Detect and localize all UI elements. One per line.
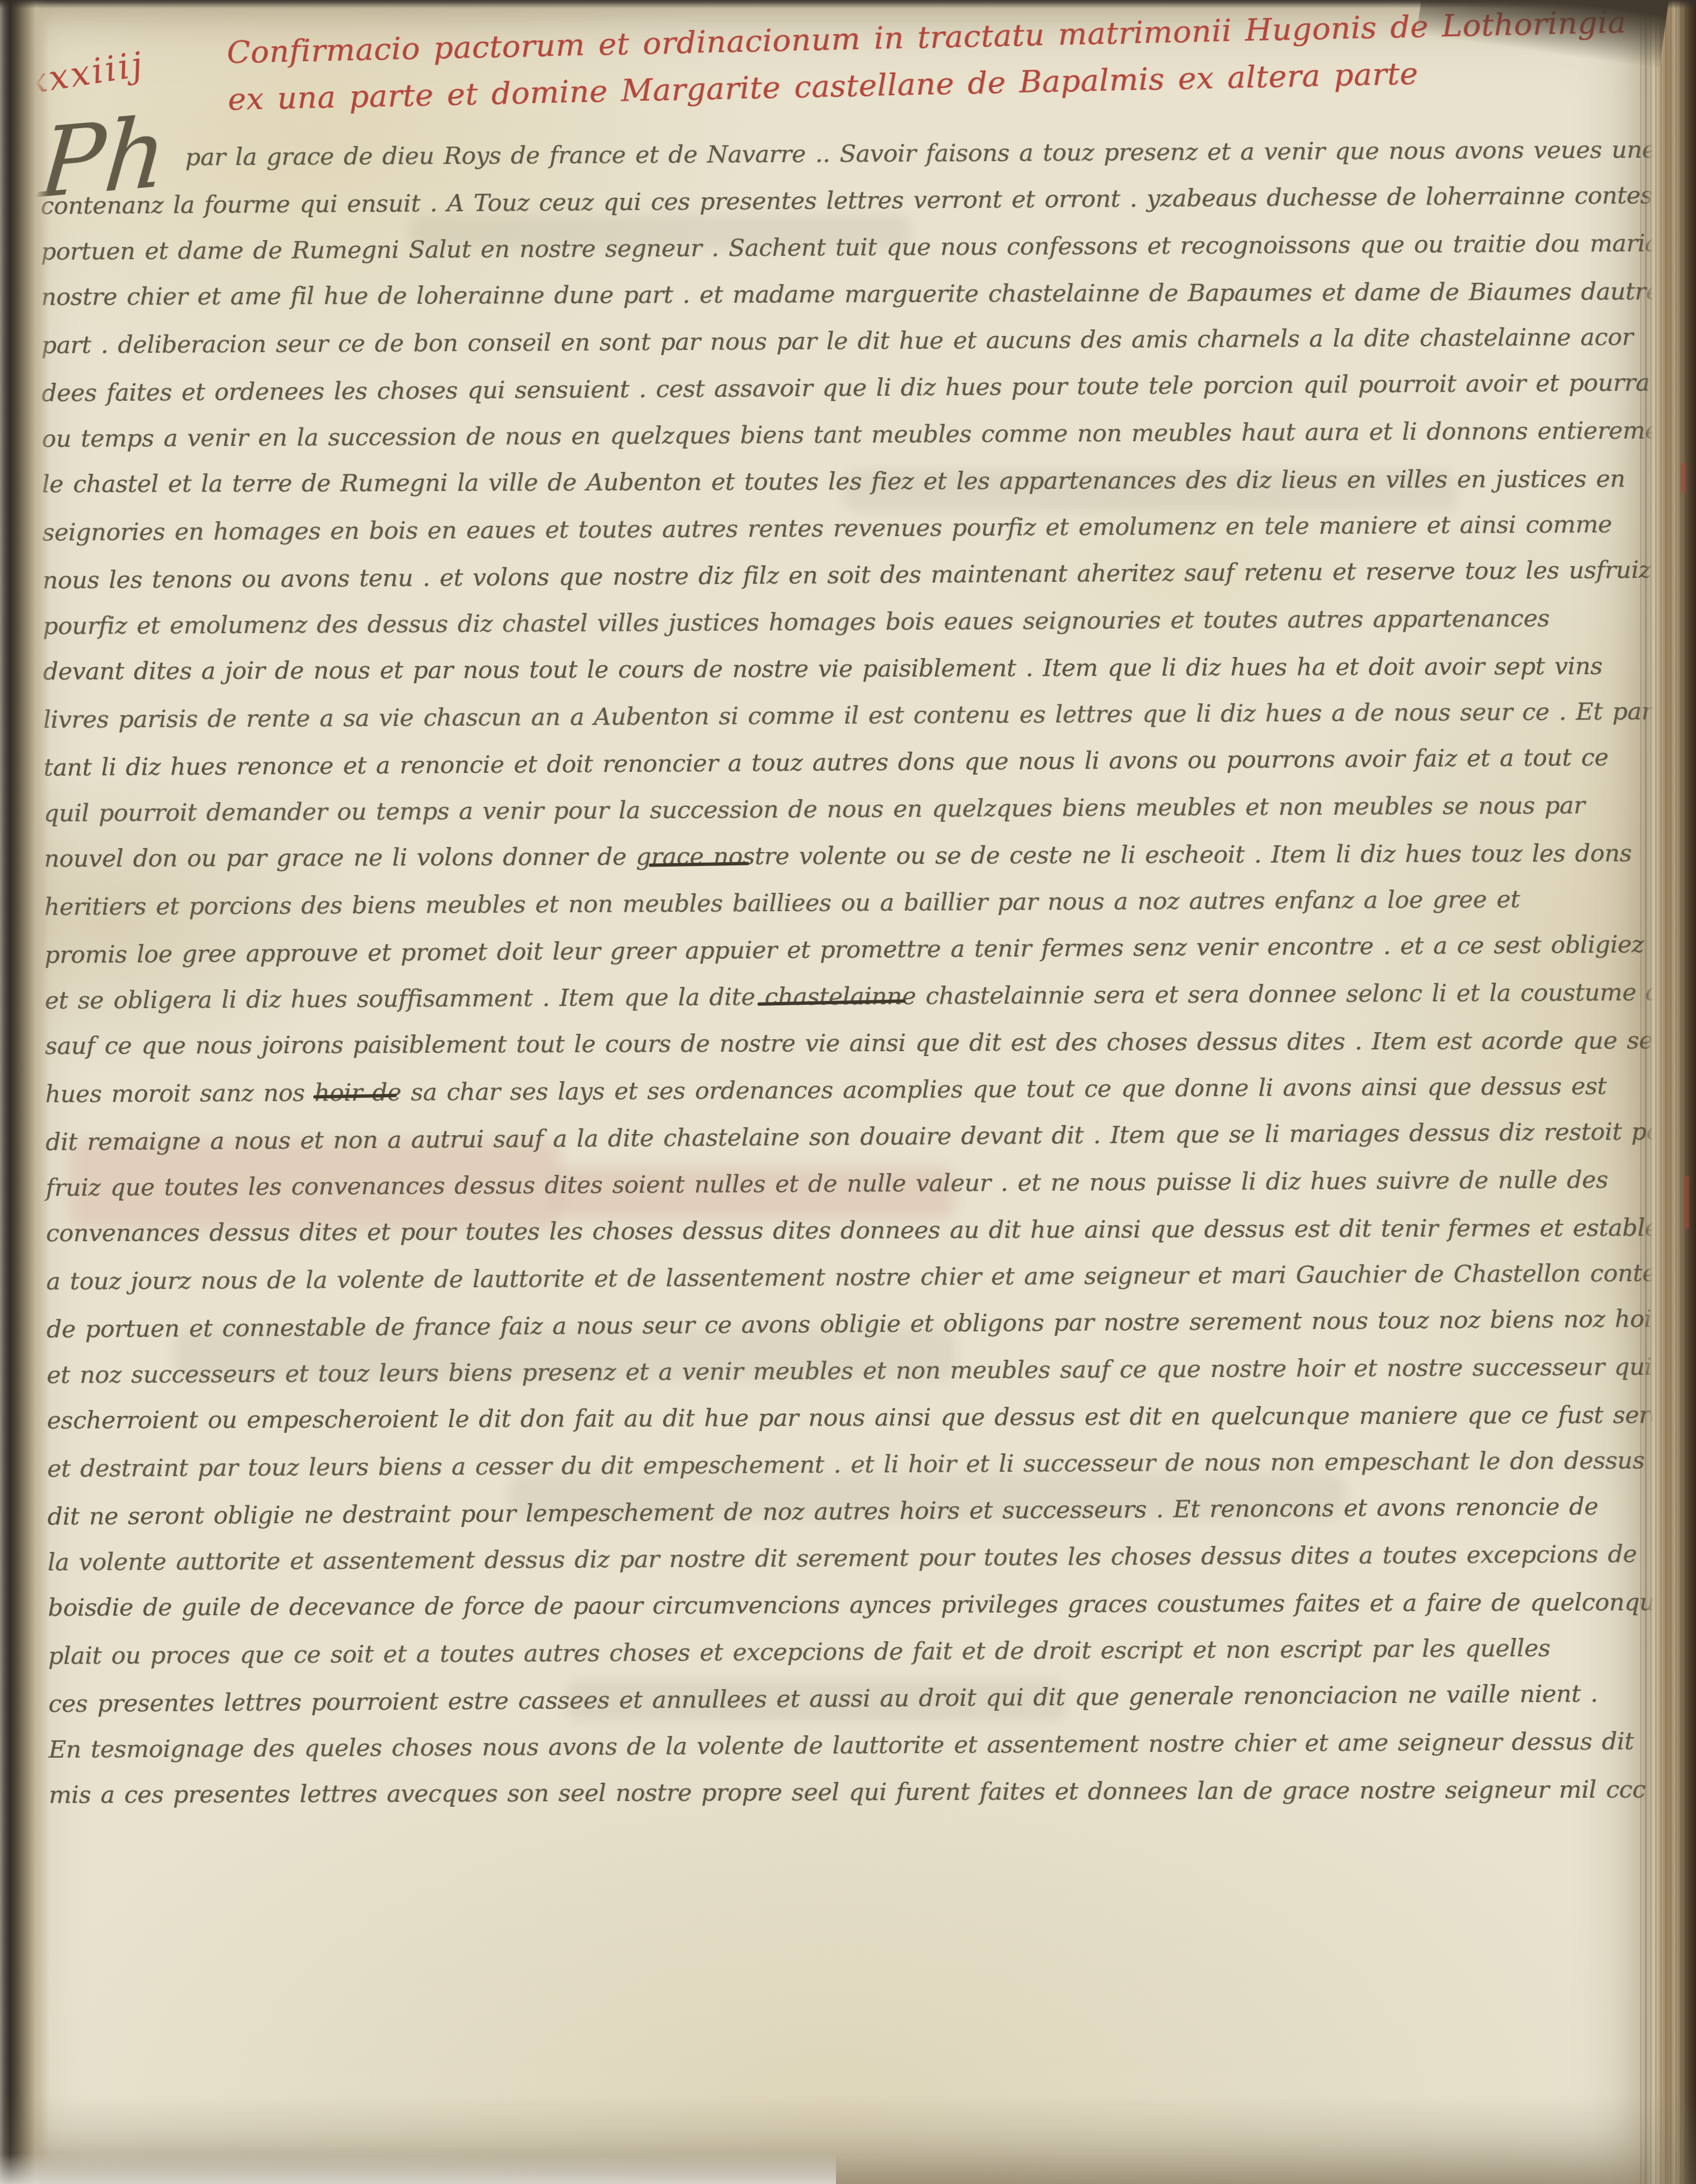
text-line: convenances dessus dites et pour toutes … [46, 1204, 1653, 1257]
text-line: boisdie de guile de decevance de force d… [48, 1579, 1653, 1631]
text-line: nostre chier et ame fil hue de loherainn… [41, 268, 1653, 320]
parchment-page: Confirmacio pactorum et ordinacionum in … [8, 3, 1653, 2184]
text-line: la volente auttorite et assentement dess… [47, 1531, 1653, 1586]
text-line: fruiz que toutes les convenances dessus … [46, 1156, 1653, 1212]
text-line: quil pourroit demander ou temps a venir … [43, 782, 1653, 837]
manuscript-text-block: par la grace de dieu Roys de france et d… [40, 127, 1653, 1820]
text-line: En tesmoignage des queles choses nous av… [48, 1718, 1653, 1773]
bottom-scanner-light [0, 2153, 836, 2184]
text-line: devant dites a joir de nous et par nous … [43, 643, 1653, 695]
rubric: Confirmacio pactorum et ordinacionum in … [226, 3, 1627, 123]
text-line: et se obligera li diz hues souffisamment… [45, 969, 1653, 1024]
text-line: ou temps a venir en la succession de nou… [42, 407, 1653, 463]
page-stack-fore-edge [1640, 0, 1696, 2184]
text-line: nouvel don ou par grace ne li volons don… [44, 830, 1653, 882]
text-line: pourfiz et emolumenz des dessus diz chas… [42, 595, 1653, 650]
text-line: escherroient ou empescheroient le dit do… [47, 1392, 1653, 1444]
text-line: portuen et dame de Rumegni Salut en nost… [41, 220, 1653, 275]
fore-edge-red-mark [1684, 1176, 1689, 1229]
text-line: et noz successeurs et touz leurs biens p… [46, 1344, 1653, 1399]
text-line: mis a ces presentes lettres avecques son… [48, 1766, 1653, 1818]
text-line: sauf ce que nous joirons paisiblement to… [45, 1017, 1653, 1069]
binding-gutter [0, 0, 49, 2184]
text-line: le chastel et la terre de Rumegni la vil… [42, 455, 1653, 508]
manuscript-scan: Confirmacio pactorum et ordinacionum in … [0, 0, 1696, 2184]
fore-edge-red-mark [1681, 463, 1686, 493]
